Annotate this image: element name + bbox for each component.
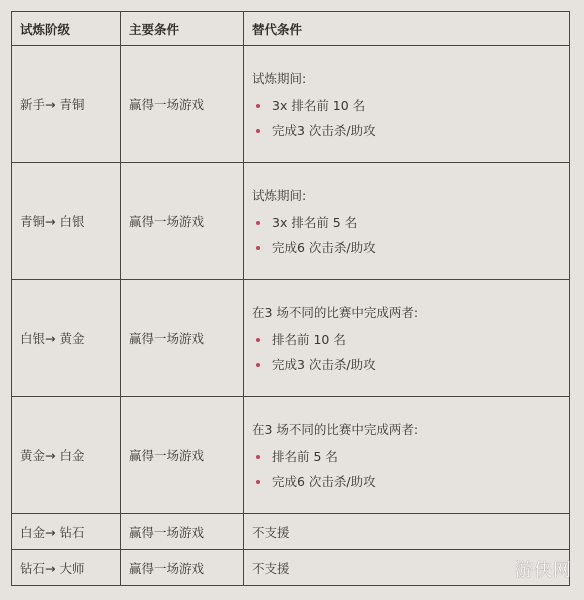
alt-condition-cell: 不支援 (244, 514, 570, 550)
alt-item: 完成3 次击杀/助攻 (252, 123, 561, 138)
main-condition-cell: 赢得一场游戏 (121, 46, 244, 163)
alt-item-text: 3x 排名前 10 名 (272, 98, 365, 113)
table-row: 黄金→ 白金 赢得一场游戏 在3 场不同的比赛中完成两者: 排名前 5 名 完成… (12, 397, 570, 514)
alt-item: 排名前 10 名 (252, 332, 561, 347)
alt-item-text: 3x 排名前 5 名 (272, 215, 357, 230)
alt-item: 完成3 次击杀/助攻 (252, 357, 561, 372)
table-header-row: 试炼阶级 主要条件 替代条件 (12, 12, 570, 46)
alt-item-text: 排名前 5 名 (272, 449, 338, 464)
alt-condition-cell: 在3 场不同的比赛中完成两者: 排名前 5 名 完成6 次击杀/助攻 (244, 397, 570, 514)
alt-list: 3x 排名前 5 名 完成6 次击杀/助攻 (252, 215, 561, 255)
alt-list: 排名前 10 名 完成3 次击杀/助攻 (252, 332, 561, 372)
alt-item: 完成6 次击杀/助攻 (252, 240, 561, 255)
alt-condition-cell: 在3 场不同的比赛中完成两者: 排名前 10 名 完成3 次击杀/助攻 (244, 280, 570, 397)
table-row: 钻石→ 大师 赢得一场游戏 不支援 (12, 550, 570, 586)
watermark-logo: 游侠网 (515, 556, 572, 582)
alt-intro: 在3 场不同的比赛中完成两者: (252, 422, 561, 437)
alt-item-text: 完成6 次击杀/助攻 (272, 474, 376, 489)
table-row: 新手→ 青铜 赢得一场游戏 试炼期间: 3x 排名前 10 名 完成3 次击杀/… (12, 46, 570, 163)
stage-cell: 白金→ 钻石 (12, 514, 121, 550)
alt-item: 3x 排名前 5 名 (252, 215, 561, 230)
alt-intro: 在3 场不同的比赛中完成两者: (252, 305, 561, 320)
alt-intro: 试炼期间: (252, 71, 561, 86)
main-condition-cell: 赢得一场游戏 (121, 280, 244, 397)
alt-intro: 试炼期间: (252, 188, 561, 203)
header-main-condition: 主要条件 (121, 12, 244, 46)
alt-list: 排名前 5 名 完成6 次击杀/助攻 (252, 449, 561, 489)
alt-item-text: 完成3 次击杀/助攻 (272, 357, 376, 372)
alt-item: 完成6 次击杀/助攻 (252, 474, 561, 489)
stage-cell: 白银→ 黄金 (12, 280, 121, 397)
bullet-icon (256, 104, 260, 108)
main-condition-cell: 赢得一场游戏 (121, 163, 244, 280)
alt-item-text: 完成6 次击杀/助攻 (272, 240, 376, 255)
alt-condition-cell: 试炼期间: 3x 排名前 5 名 完成6 次击杀/助攻 (244, 163, 570, 280)
main-condition-cell: 赢得一场游戏 (121, 514, 244, 550)
bullet-icon (256, 455, 260, 459)
stage-cell: 青铜→ 白银 (12, 163, 121, 280)
bullet-icon (256, 480, 260, 484)
header-alt-condition: 替代条件 (244, 12, 570, 46)
table-row: 白银→ 黄金 赢得一场游戏 在3 场不同的比赛中完成两者: 排名前 10 名 完… (12, 280, 570, 397)
table-row: 白金→ 钻石 赢得一场游戏 不支援 (12, 514, 570, 550)
main-condition-cell: 赢得一场游戏 (121, 550, 244, 586)
bullet-icon (256, 363, 260, 367)
bullet-icon (256, 129, 260, 133)
stage-cell: 钻石→ 大师 (12, 550, 121, 586)
bullet-icon (256, 338, 260, 342)
bullet-icon (256, 246, 260, 250)
stage-cell: 新手→ 青铜 (12, 46, 121, 163)
bullet-icon (256, 221, 260, 225)
alt-item-text: 完成3 次击杀/助攻 (272, 123, 376, 138)
alt-item-text: 排名前 10 名 (272, 332, 346, 347)
stage-cell: 黄金→ 白金 (12, 397, 121, 514)
alt-item: 排名前 5 名 (252, 449, 561, 464)
alt-item: 3x 排名前 10 名 (252, 98, 561, 113)
rank-trial-table: 试炼阶级 主要条件 替代条件 新手→ 青铜 赢得一场游戏 试炼期间: 3x 排名… (11, 11, 570, 586)
table-row: 青铜→ 白银 赢得一场游戏 试炼期间: 3x 排名前 5 名 完成6 次击杀/助… (12, 163, 570, 280)
alt-condition-cell: 试炼期间: 3x 排名前 10 名 完成3 次击杀/助攻 (244, 46, 570, 163)
header-trial-stage: 试炼阶级 (12, 12, 121, 46)
main-condition-cell: 赢得一场游戏 (121, 397, 244, 514)
alt-list: 3x 排名前 10 名 完成3 次击杀/助攻 (252, 98, 561, 138)
